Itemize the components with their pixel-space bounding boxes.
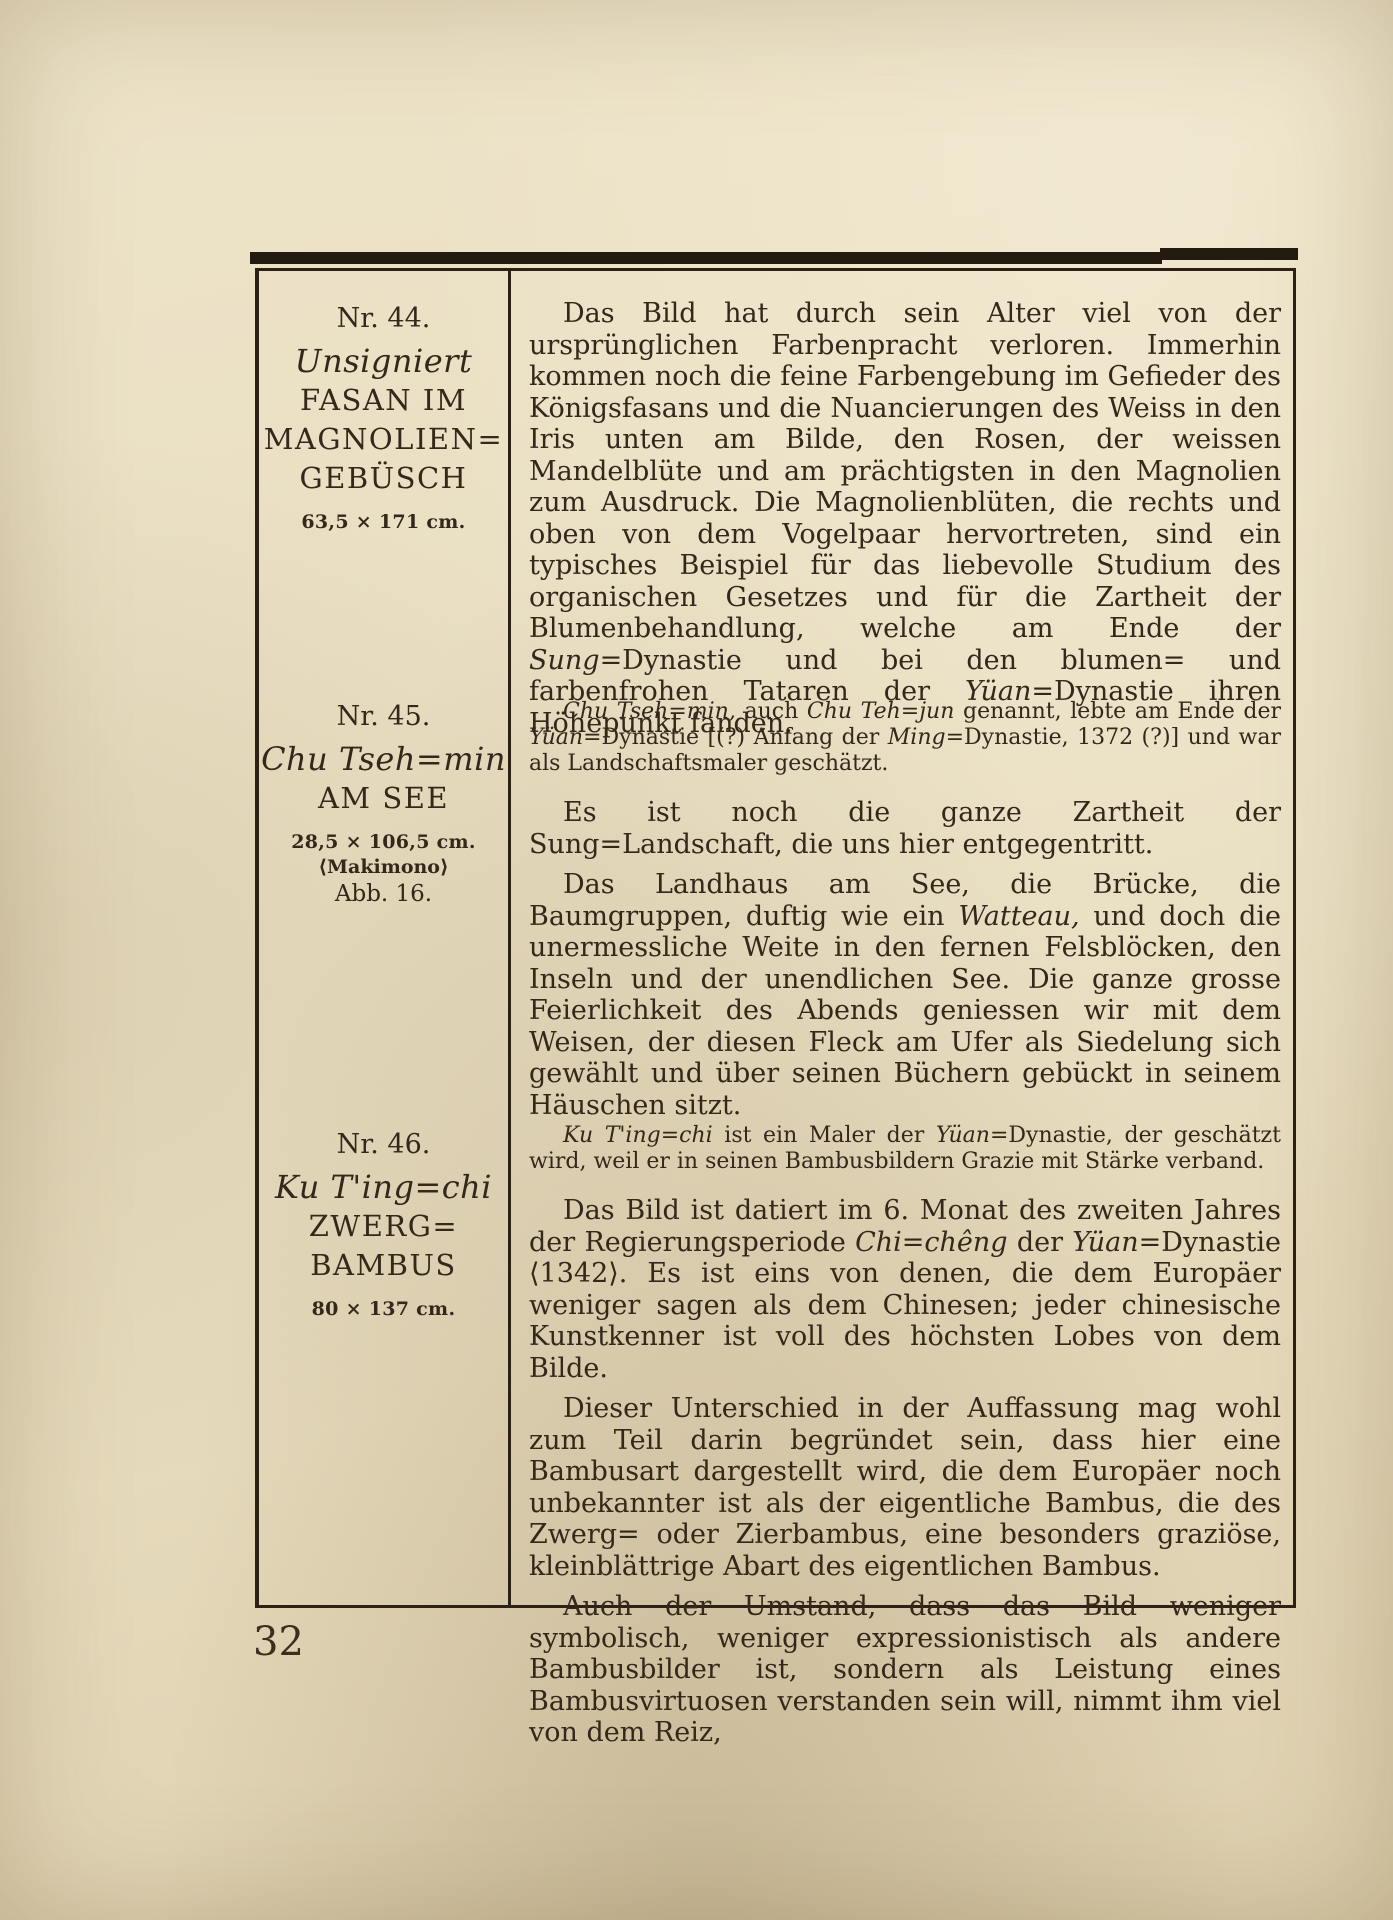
book-page: Nr. 44. Unsigniert FASAN IM MAGNOLIEN= G… bbox=[0, 0, 1393, 1920]
artist-name: Chu Tseh=min bbox=[259, 739, 508, 779]
description-paragraph: Das Bild ist datiert im 6. Monat des zwe… bbox=[529, 1195, 1281, 1384]
top-rule-left-segment bbox=[250, 252, 1162, 264]
description-paragraph: Das Bild hat durch sein Alter viel von d… bbox=[529, 298, 1281, 739]
catalog-number: Nr. 46. bbox=[259, 1129, 508, 1161]
top-rule-right-segment bbox=[1160, 248, 1298, 260]
artwork-title-line: GEBÜSCH bbox=[259, 459, 508, 498]
catalog-number: Nr. 44. bbox=[259, 303, 508, 335]
description-paragraph: Das Landhaus am See, die Brücke, die Bau… bbox=[529, 869, 1281, 1121]
artist-name: Unsigniert bbox=[259, 341, 508, 381]
artwork-title-line: ZWERG= bbox=[259, 1207, 508, 1246]
description-paragraph: Dieser Unterschied in der Auffassung mag… bbox=[529, 1393, 1281, 1582]
page-number: 32 bbox=[253, 1618, 304, 1666]
entry-text-46: Ku T'ing=chi ist ein Maler der Yüan=Dyna… bbox=[511, 1123, 1293, 1758]
entry-text-44: Das Bild hat durch sein Alter viel von d… bbox=[511, 298, 1293, 748]
biography-note: Chu Tseh=min, auch Chu Teh=jun genannt, … bbox=[529, 699, 1281, 777]
catalog-entry-label-46: Nr. 46. Ku T'ing=chi ZWERG= BAMBUS 80 × … bbox=[259, 1129, 508, 1321]
artwork-format: ⟨Makimono⟩ bbox=[259, 854, 508, 880]
artist-name: Ku T'ing=chi bbox=[259, 1167, 508, 1207]
description-paragraph: Es ist noch die ganze Zartheit der Sung=… bbox=[529, 797, 1281, 860]
biography-note: Ku T'ing=chi ist ein Maler der Yüan=Dyna… bbox=[529, 1123, 1281, 1175]
artwork-title-line: FASAN IM bbox=[259, 381, 508, 420]
artwork-title-line: BAMBUS bbox=[259, 1246, 508, 1285]
catalog-entry-label-44: Nr. 44. Unsigniert FASAN IM MAGNOLIEN= G… bbox=[259, 303, 508, 534]
artwork-dimensions: 80 × 137 cm. bbox=[259, 1297, 508, 1321]
catalog-number: Nr. 45. bbox=[259, 701, 508, 733]
content-frame: Nr. 44. Unsigniert FASAN IM MAGNOLIEN= G… bbox=[255, 268, 1296, 1608]
figure-reference: Abb. 16. bbox=[259, 880, 508, 908]
artwork-title-line: MAGNOLIEN= bbox=[259, 420, 508, 459]
artwork-dimensions: 63,5 × 171 cm. bbox=[259, 510, 508, 534]
artwork-title-line: AM SEE bbox=[259, 779, 508, 818]
description-paragraph: Auch der Umstand, dass das Bild weniger … bbox=[529, 1591, 1281, 1749]
entry-text-45: Chu Tseh=min, auch Chu Teh=jun genannt, … bbox=[511, 699, 1293, 1130]
artwork-dimensions: 28,5 × 106,5 cm. bbox=[259, 830, 508, 854]
catalog-entry-label-45: Nr. 45. Chu Tseh=min AM SEE 28,5 × 106,5… bbox=[259, 701, 508, 908]
